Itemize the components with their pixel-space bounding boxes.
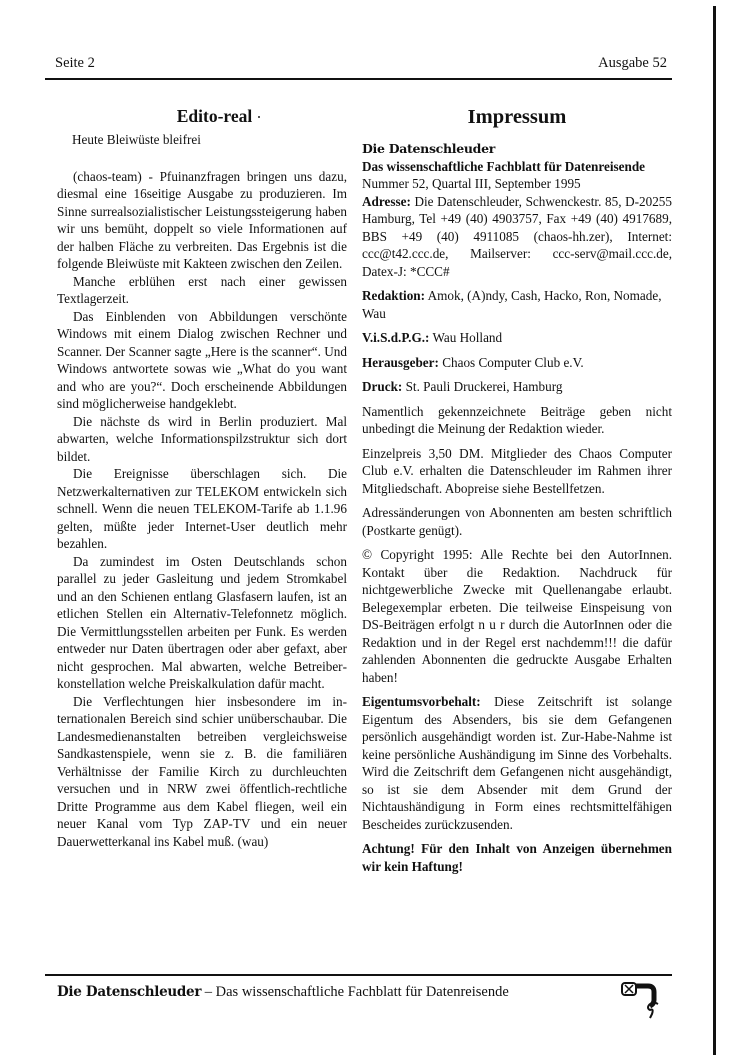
disclaimer-text: Namentlich gekennzeichnete Beiträge gebe… [362,403,672,438]
herausgeber-text: Chaos Computer Club e.V. [442,355,584,370]
footer-tagline: – Das wissenschaftliche Fachblatt für Da… [201,984,509,1000]
header-rule [45,78,672,80]
editorial-paragraph: (chaos-team) - Pfuinanzfragen bringen un… [57,168,347,273]
copyright-text: © Copyright 1995: Alle Rechte bei den Au… [362,546,672,686]
editorial-paragraph: Das Einblenden von Abbildungen verschönt… [57,308,347,413]
druck-block: Druck: St. Pauli Druckerei, Hamburg [362,378,672,396]
editorial-paragraph: Die Verflechtungen hier insbesondere im … [57,693,347,851]
redaktion-block: Redaktion: Amok, (A)ndy, Cash, Hacko, Ro… [362,287,672,322]
eigentum-text: Diese Zeitschrift ist so­lange Eigentum … [362,694,672,832]
herausgeber-label: Herausgeber: [362,355,439,370]
editorial-column: Edito-real Heute Bleiwüste bleifrei (cha… [57,100,347,850]
chaos-knot-cable-icon [620,980,670,1020]
editorial-subtitle: Heute Bleiwüste bleifrei [72,131,347,149]
page-edge-line [713,6,716,1055]
page-footer: Die Datenschleuder – Das wissenschaftlic… [57,984,509,1001]
address-changes-text: Adressänderungen von Abonnenten am beste… [362,504,672,539]
editorial-paragraph: Da zumindest im Osten Deutschlands schon… [57,553,347,693]
editorial-paragraph: Die Ereignisse überschlagen sich. Die Ne… [57,465,347,553]
pricing-text: Einzelpreis 3,50 DM. Mitglieder des Chao… [362,445,672,498]
impressum-tagline: Das wissenschaftliche Fachblatt für Date… [362,158,672,176]
herausgeber-block: Herausgeber: Chaos Computer Club e.V. [362,354,672,372]
druck-label: Druck: [362,379,402,394]
issue-info: Nummer 52, Quartal III, September 1995 [362,175,672,193]
visdpg-block: V.i.S.d.P.G.: Wau Holland [362,329,672,347]
editorial-paragraph: Die nächste ds wird in Berlin produziert… [57,413,347,466]
editorial-paragraph: Manche erblühen erst nach einer gewissen… [57,273,347,308]
page-number: Seite 2 [55,55,95,72]
footer-masthead: Die Datenschleuder [57,984,201,1000]
druck-text: St. Pauli Druckerei, Hamburg [406,379,563,394]
eigentum-label: Eigentumsvorbehalt: [362,694,481,709]
visdpg-label: V.i.S.d.P.G.: [362,330,429,345]
address-label: Adresse: [362,194,411,209]
editorial-title: Edito-real [57,105,347,127]
issue-number: Ausgabe 52 [598,55,667,72]
address-block: Adresse: Die Datenschleuder, Schwenckest… [362,193,672,281]
page-header: Seite 2 Ausgabe 52 [55,53,667,79]
impressum-masthead: Die Datenschleuder [362,140,672,158]
footer-rule [45,974,672,976]
impressum-column: Impressum Die Datenschleuder Das wissens… [362,100,672,875]
eigentum-block: Eigentumsvorbehalt: Diese Zeitschrift is… [362,693,672,833]
visdpg-text: Wau Holland [433,330,503,345]
impressum-title: Impressum [362,104,672,130]
warning-text: Achtung! Für den Inhalt von Anzeigen übe… [362,840,672,875]
redaktion-label: Redaktion: [362,288,425,303]
